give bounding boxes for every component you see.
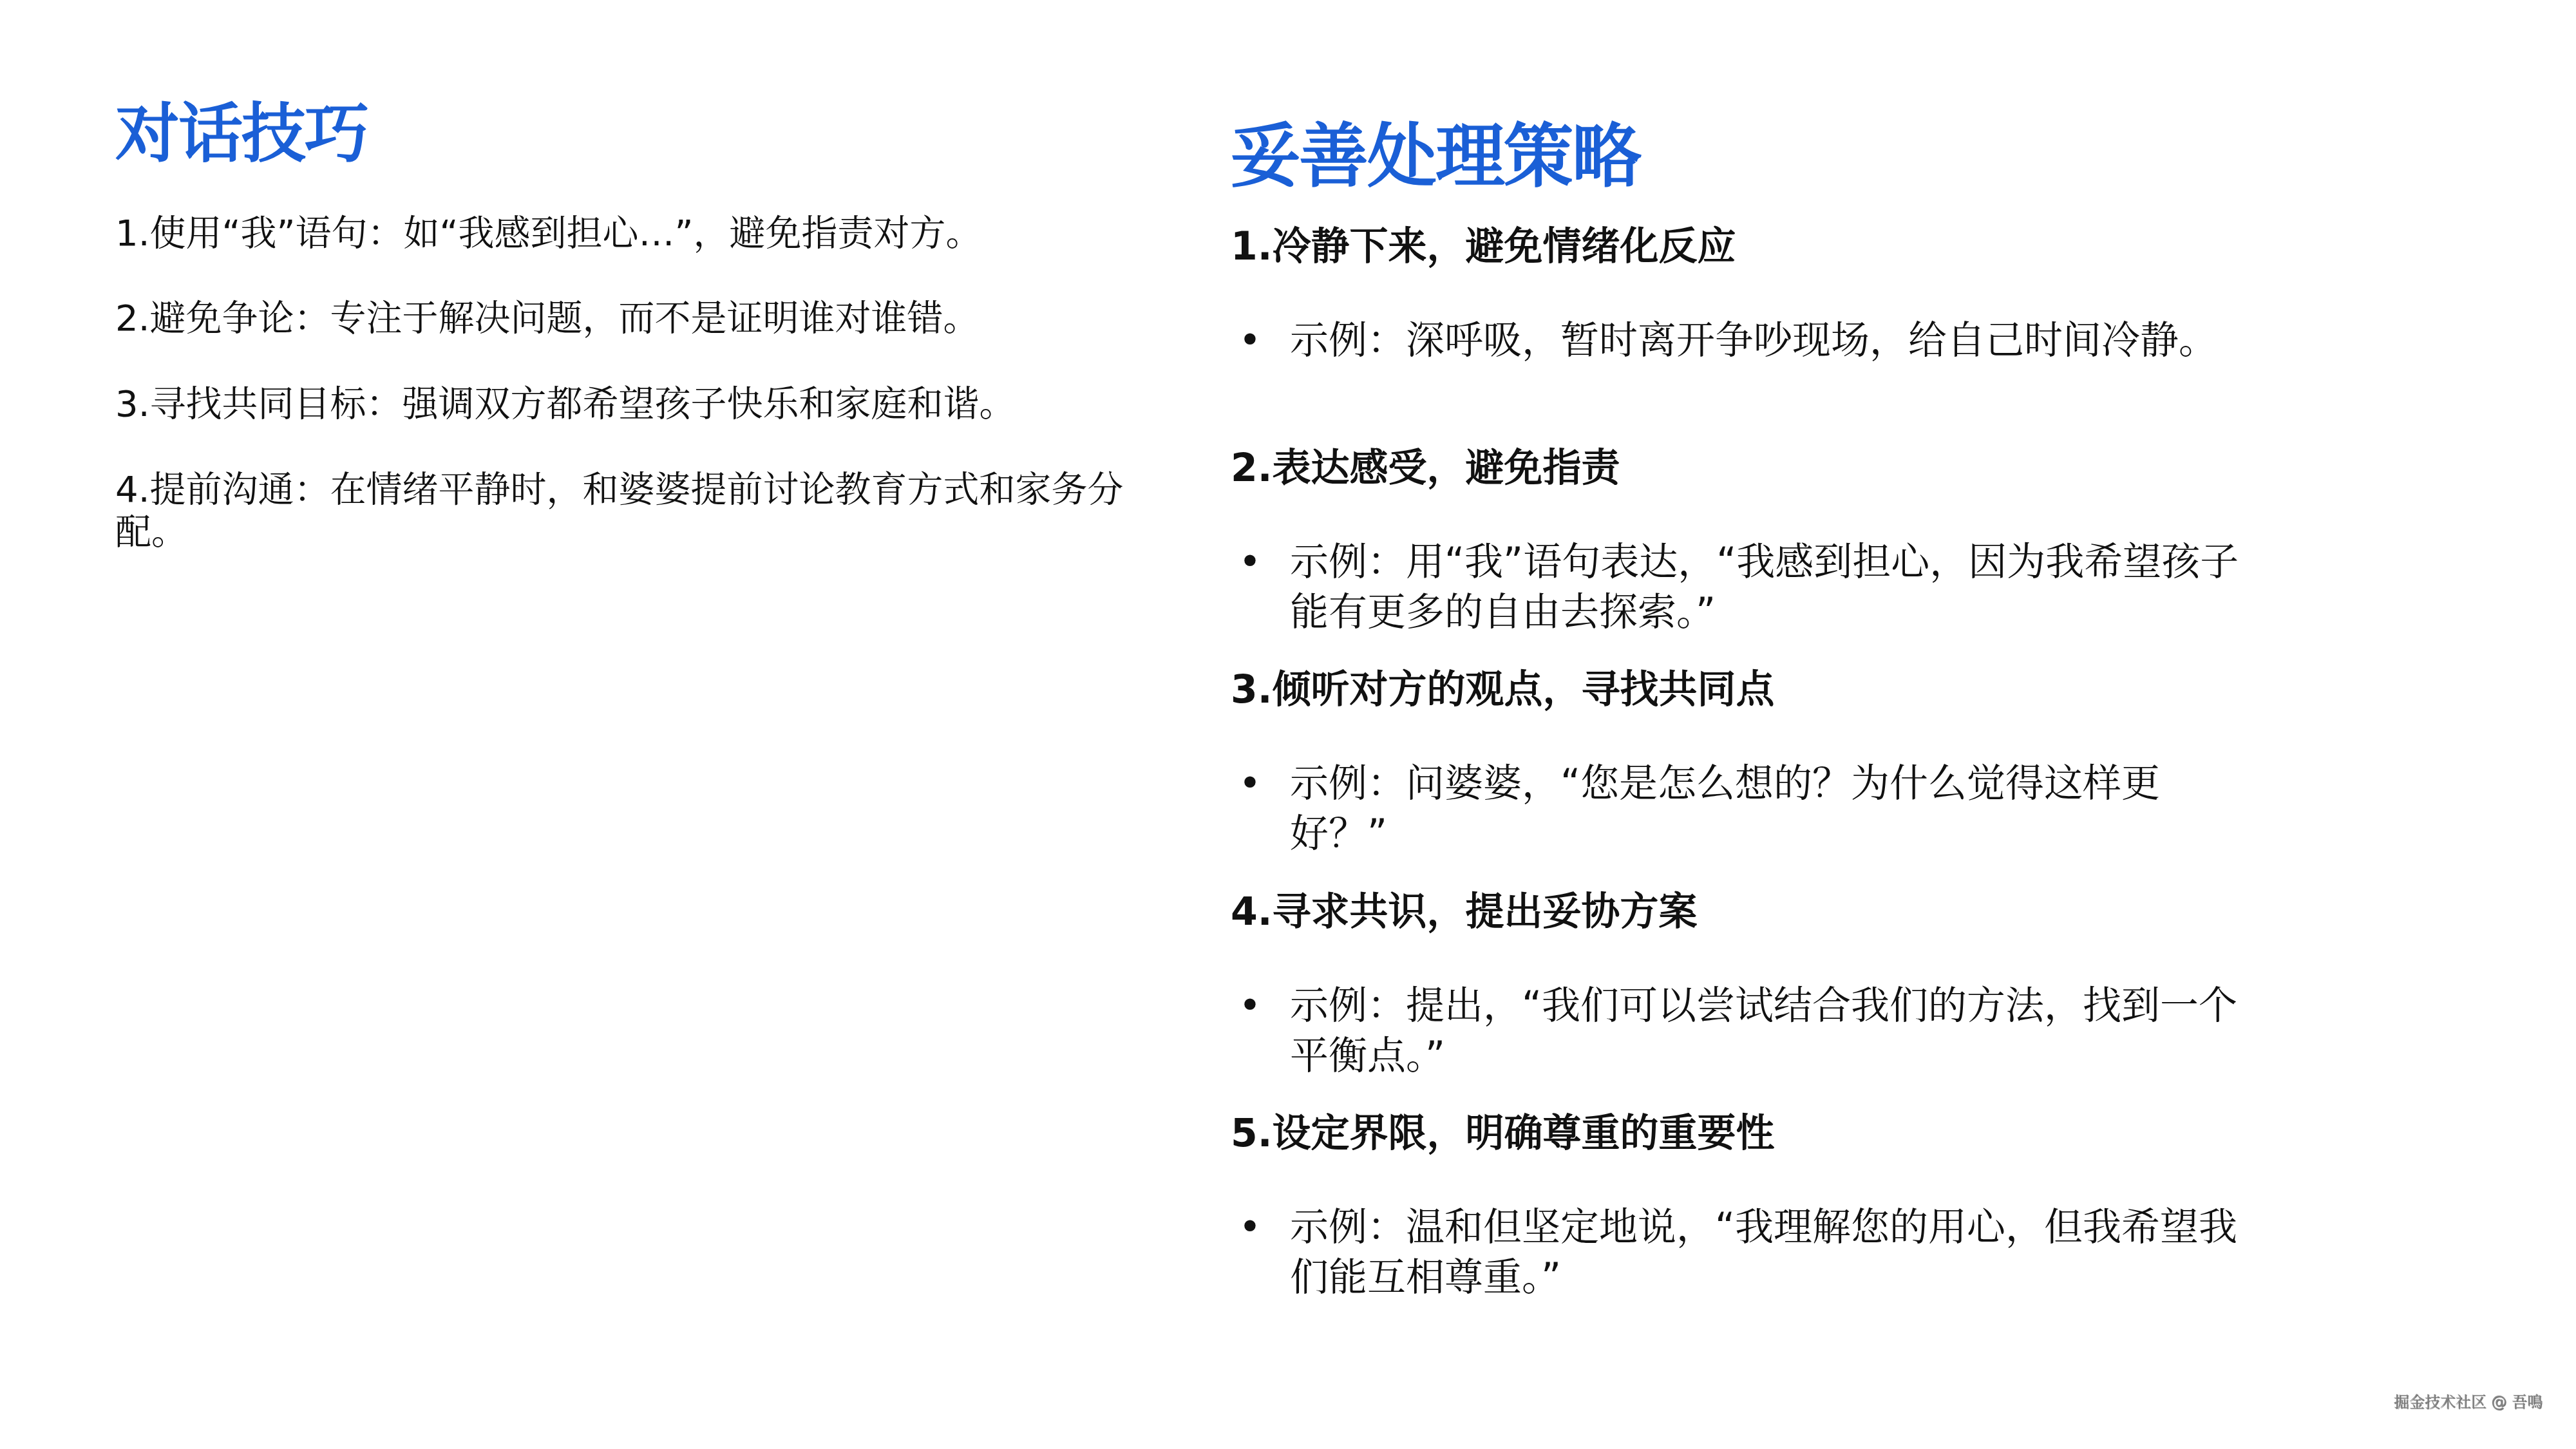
strategy-example-5: • 示例：温和但坚定地说，“我理解您的用心，但我希望我们能互相尊重。” bbox=[1231, 1202, 2248, 1305]
bullet-icon: • bbox=[1231, 981, 1269, 1031]
bullet-icon: • bbox=[1231, 1202, 1269, 1253]
strategy-heading-2: 2.表达感受，避免指责 bbox=[1231, 446, 1620, 491]
strategy-heading-4: 4.寻求共识，提出妥协方案 bbox=[1231, 889, 1698, 934]
example-text: 示例：问婆婆，“您是怎么想的？为什么觉得这样更好？” bbox=[1290, 759, 2248, 859]
example-text: 示例：深呼吸，暂时离开争吵现场，给自己时间冷静。 bbox=[1290, 316, 2248, 366]
strategy-example-1: • 示例：深呼吸，暂时离开争吵现场，给自己时间冷静。 bbox=[1231, 316, 2248, 419]
strategy-example-3: • 示例：问婆婆，“您是怎么想的？为什么觉得这样更好？” bbox=[1231, 759, 2248, 862]
strategy-heading-1: 1.冷静下来，避免情绪化反应 bbox=[1231, 224, 1736, 269]
strategy-heading-5: 5.设定界限，明确尊重的重要性 bbox=[1231, 1111, 1775, 1156]
example-text: 示例：提出，“我们可以尝试结合我们的方法，找到一个平衡点。” bbox=[1290, 981, 2248, 1081]
watermark: 掘金技术社区 @ 吾鳴 bbox=[2394, 1389, 2543, 1412]
example-text: 示例：温和但坚定地说，“我理解您的用心，但我希望我们能互相尊重。” bbox=[1290, 1202, 2248, 1303]
bullet-icon: • bbox=[1231, 759, 1269, 809]
dialogue-tip-2: 2.避免争论：专注于解决问题，而不是证明谁对谁错。 bbox=[115, 298, 1146, 340]
strategy-example-4: • 示例：提出，“我们可以尝试结合我们的方法，找到一个平衡点。” bbox=[1231, 981, 2248, 1084]
dialogue-tip-4: 4.提前沟通：在情绪平静时，和婆婆提前讨论教育方式和家务分配。 bbox=[115, 469, 1146, 554]
left-title: 对话技巧 bbox=[115, 102, 368, 166]
strategy-example-2: • 示例：用“我”语句表达，“我感到担心，因为我希望孩子能有更多的自由去探索。” bbox=[1231, 537, 2248, 640]
bullet-icon: • bbox=[1231, 316, 1269, 366]
example-text: 示例：用“我”语句表达，“我感到担心，因为我希望孩子能有更多的自由去探索。” bbox=[1290, 537, 2248, 638]
dialogue-tip-3: 3.寻找共同目标：强调双方都希望孩子快乐和家庭和谐。 bbox=[115, 383, 1146, 426]
strategy-heading-3: 3.倾听对方的观点，寻找共同点 bbox=[1231, 667, 1775, 712]
dialogue-tip-1: 1.使用“我”语句：如“我感到担心…”，避免指责对方。 bbox=[115, 213, 1146, 255]
right-title: 妥善处理策略 bbox=[1231, 122, 1640, 192]
bullet-icon: • bbox=[1231, 537, 1269, 587]
